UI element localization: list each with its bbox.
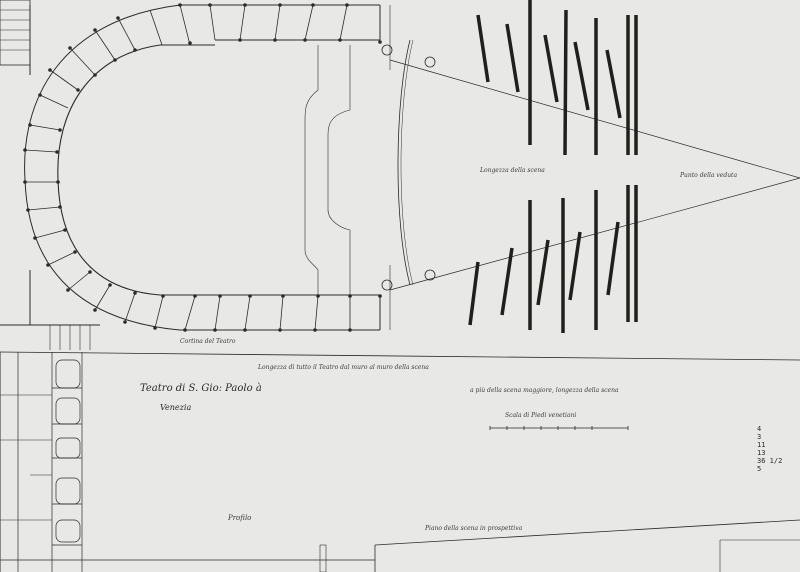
architectural-drawing-sheet: Teatro di S. Gio: Paolo à Venezia Profil… [0,0,800,572]
stage-caption: Longezza della scena [480,167,545,174]
scale-label: Scala di Piedi venetiani [505,412,576,419]
profile-label: Profilo [228,514,251,522]
drawing-title: Teatro di S. Gio: Paolo à [140,383,262,394]
theatre-plan-drawing [0,0,800,572]
margin-calculation: 4 3 11 13 36 1/2 5 [757,425,782,473]
right-caption: a più della scena maggiore, longezza del… [470,387,619,394]
bottom-caption: Piano della scena in prospettiva [425,525,522,532]
drawing-title-location: Venezia [160,403,191,412]
stalls-caption: Cortina del Teatro [180,338,236,345]
vanishing-point-caption: Punto della veduta [680,172,737,179]
section-caption: Longezza di tutto il Teatro dal muro al … [258,364,429,371]
